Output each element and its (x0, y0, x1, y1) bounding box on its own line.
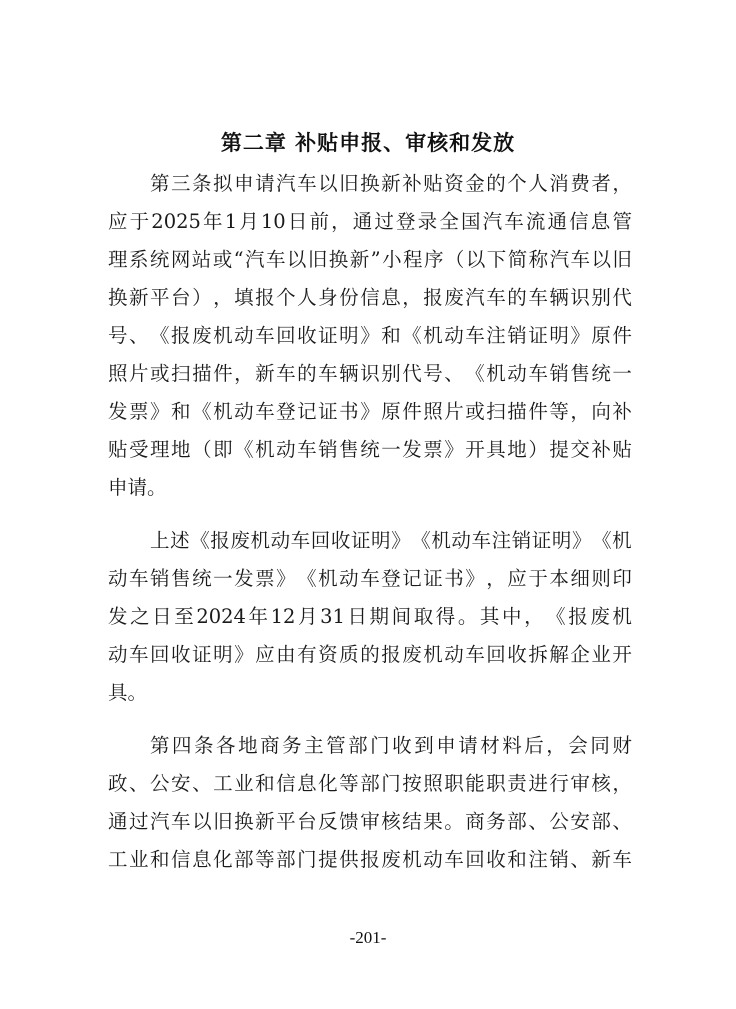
paragraph-2-line-3: 发之日至2024年12月31日期间取得。其中，《报废机 (108, 602, 632, 632)
article-3-line-1: 第三条拟申请汽车以旧换新补贴资金的个人消费者， (150, 169, 632, 199)
article-3-line-9: 申请。 (108, 473, 632, 503)
article-3-line-4: 换新平台），填报个人身份信息，报废汽车的车辆识别代 (108, 283, 632, 313)
article-4-line-4: 工业和信息化部等部门提供报废机动车回收和注销、新车 (108, 845, 632, 875)
page-number: -201- (0, 928, 736, 948)
article-3-line-6: 照片或扫描件，新车的车辆识别代号、《机动车销售统一 (108, 359, 632, 389)
document-page: 第二章 补贴申报、审核和发放 第三条拟申请汽车以旧换新补贴资金的个人消费者， 应… (0, 0, 736, 1009)
paragraph-2-line-1: 上述《报废机动车回收证明》《机动车注销证明》《机 (150, 526, 632, 556)
article-3-line-5: 号、《报废机动车回收证明》和《机动车注销证明》原件 (108, 321, 632, 351)
article-3-line-2: 应于2025年1月10日前，通过登录全国汽车流通信息管 (108, 207, 632, 237)
paragraph-2-line-5: 具。 (108, 678, 632, 708)
paragraph-2-line-2: 动车销售统一发票》《机动车登记证书》，应于本细则印 (108, 564, 632, 594)
article-3-line-8: 贴受理地（即《机动车销售统一发票》开具地）提交补贴 (108, 435, 632, 465)
article-4-line-3: 通过汽车以旧换新平台反馈审核结果。商务部、公安部、 (108, 807, 632, 837)
article-4-line-2: 政、公安、工业和信息化等部门按照职能职责进行审核， (108, 769, 632, 799)
article-3-line-7: 发票》和《机动车登记证书》原件照片或扫描件等，向补 (108, 397, 632, 427)
chapter-title: 第二章 补贴申报、审核和发放 (0, 127, 736, 157)
article-4-line-1: 第四条各地商务主管部门收到申请材料后，会同财 (150, 731, 632, 761)
paragraph-2-line-4: 动车回收证明》应由有资质的报废机动车回收拆解企业开 (108, 640, 632, 670)
article-3-line-3: 理系统网站或“汽车以旧换新”小程序（以下简称汽车以旧 (108, 245, 632, 275)
